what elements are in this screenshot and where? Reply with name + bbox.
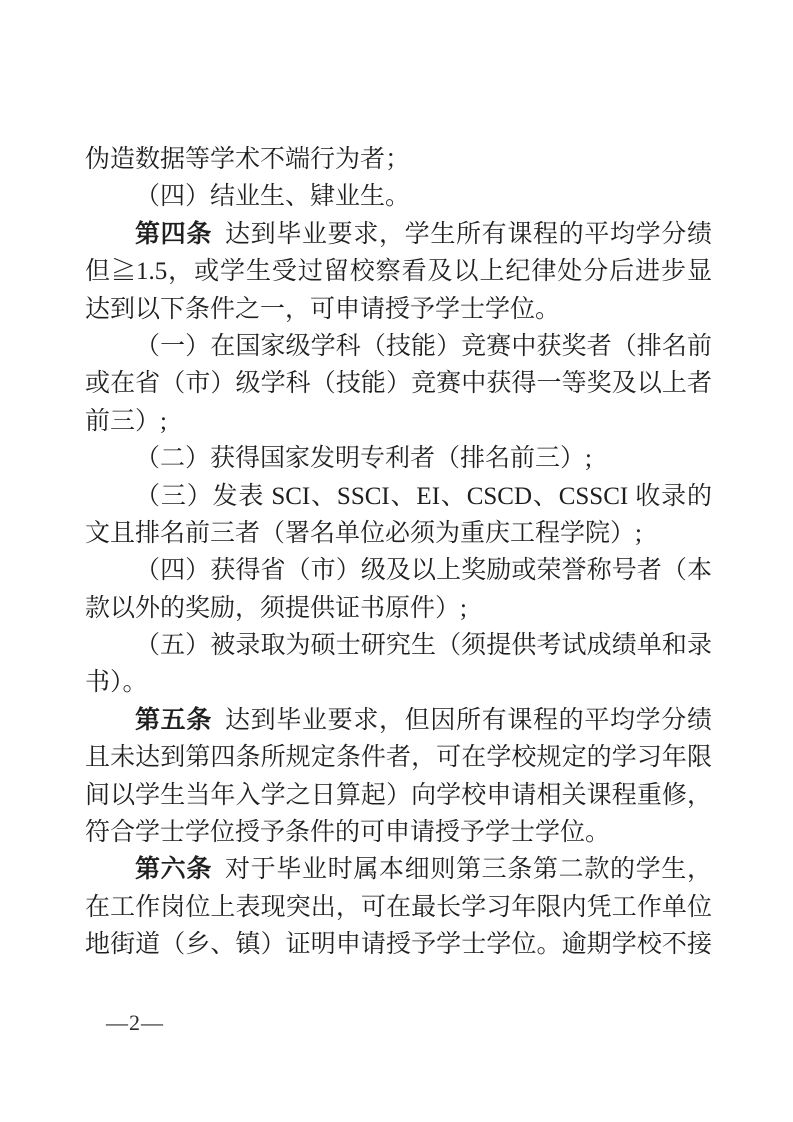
text-line: 第五条达到毕业要求，但因所有课程的平均学分绩点<2.0 [85, 702, 712, 739]
text-line: 或在省（市）级学科（技能）竞赛中获得一等奖及以上者（排名 [85, 365, 712, 402]
text-line: 但≧1.5，或学生受过留校察看及以上纪律处分后进步显著，且 [85, 253, 712, 290]
line-text: （四）结业生、肄业生。 [135, 183, 410, 210]
text-line: 且未达到第四条所规定条件者，可在学校规定的学习年限内（时 [85, 739, 712, 776]
text-line: 款以外的奖励，须提供证书原件）; [85, 590, 712, 627]
text-line: 符合学士学位授予条件的可申请授予学士学位。 [85, 814, 712, 851]
document-body: 伪造数据等学术不端行为者；（四）结业生、肄业生。第四条达到毕业要求，学生所有课程… [85, 141, 712, 964]
text-line: 在工作岗位上表现突出，可在最长学习年限内凭工作单位或所在 [85, 889, 712, 926]
line-text: 符合学士学位授予条件的可申请授予学士学位。 [85, 819, 610, 846]
text-line: 前三）; [85, 403, 712, 440]
article-term: 第六条 [135, 856, 212, 883]
text-line: 第四条达到毕业要求，学生所有课程的平均学分绩点<2.0 [85, 216, 712, 253]
line-text: 书）。 [85, 669, 148, 696]
line-text: 达到以下条件之一，可申请授予学士学位。 [85, 296, 560, 323]
line-text: 地街道（乡、镇）证明申请授予学士学位。逾期学校不接受其学 [85, 931, 712, 963]
text-line: （五）被录取为硕士研究生（须提供考试成绩单和录取通知 [85, 627, 712, 664]
line-text: （二）获得国家发明专利者（排名前三）; [135, 445, 592, 472]
page-number: —2— [106, 1008, 164, 1038]
line-text: 伪造数据等学术不端行为者； [85, 146, 410, 173]
text-line: （一）在国家级学科（技能）竞赛中获奖者（排名前三）， [85, 328, 712, 365]
text-line: （四）结业生、肄业生。 [85, 178, 712, 215]
line-text: 对于毕业时属本细则第三条第二款的学生，毕业后 [135, 856, 712, 888]
text-line: 书）。 [85, 664, 712, 701]
text-line: 地街道（乡、镇）证明申请授予学士学位。逾期学校不接受其学 [85, 926, 712, 963]
text-line: （二）获得国家发明专利者（排名前三）; [85, 440, 712, 477]
line-text: 或在省（市）级学科（技能）竞赛中获得一等奖及以上者（排名 [85, 370, 712, 402]
text-line: （三）发表 SCI、SSCI、EI、CSCD、CSSCI 收录的期刊论 [85, 478, 712, 515]
article-term: 第五条 [135, 707, 212, 734]
line-text: 但≧1.5，或学生受过留校察看及以上纪律处分后进步显著，且 [85, 258, 712, 290]
text-line: 间以学生当年入学之日算起）向学校申请相关课程重修，重修后 [85, 777, 712, 814]
line-text: 文且排名前三者（署名单位必须为重庆工程学院）; [85, 520, 642, 547]
line-text: （四）获得省（市）级及以上奖励或荣誉称号者（本条第一 [135, 557, 712, 589]
line-text: 前三）; [85, 408, 167, 435]
line-text: （三）发表 SCI、SSCI、EI、CSCD、CSSCI 收录的期刊论 [135, 483, 712, 515]
article-term: 第四条 [135, 221, 212, 248]
document-page: 伪造数据等学术不端行为者；（四）结业生、肄业生。第四条达到毕业要求，学生所有课程… [0, 0, 793, 1122]
line-text: （一）在国家级学科（技能）竞赛中获奖者（排名前三）， [135, 333, 712, 365]
text-line: （四）获得省（市）级及以上奖励或荣誉称号者（本条第一 [85, 552, 712, 589]
line-text: 且未达到第四条所规定条件者，可在学校规定的学习年限内（时 [85, 744, 712, 776]
text-line: 文且排名前三者（署名单位必须为重庆工程学院）; [85, 515, 712, 552]
line-text: 达到毕业要求，学生所有课程的平均学分绩点<2.0 [135, 221, 712, 253]
text-line: 第六条对于毕业时属本细则第三条第二款的学生，毕业后 [85, 851, 712, 888]
line-text: 间以学生当年入学之日算起）向学校申请相关课程重修，重修后 [85, 782, 712, 814]
line-text: 达到毕业要求，但因所有课程的平均学分绩点<2.0 [135, 707, 712, 739]
text-line: 伪造数据等学术不端行为者； [85, 141, 712, 178]
text-line: 达到以下条件之一，可申请授予学士学位。 [85, 291, 712, 328]
line-text: 款以外的奖励，须提供证书原件）; [85, 595, 467, 622]
line-text: 在工作岗位上表现突出，可在最长学习年限内凭工作单位或所在 [85, 894, 712, 926]
line-text: （五）被录取为硕士研究生（须提供考试成绩单和录取通知 [135, 632, 712, 664]
